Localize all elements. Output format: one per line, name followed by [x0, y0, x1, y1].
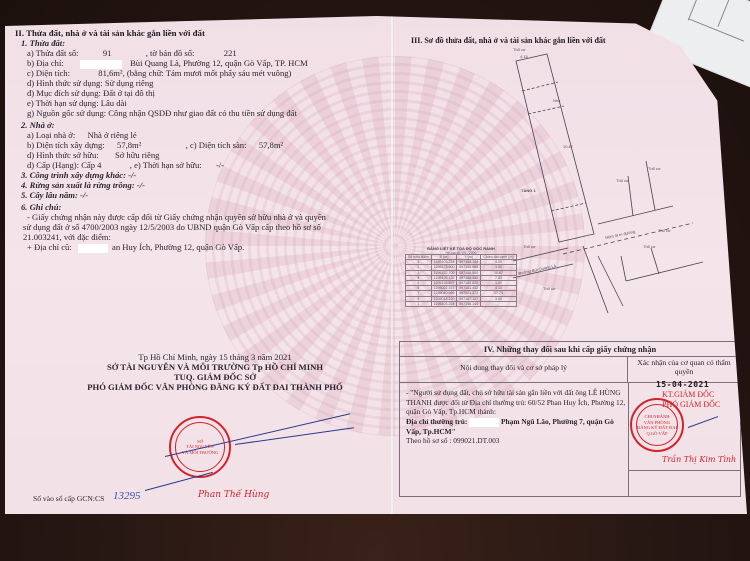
grade-row: d) Cấp (Hạng): Cấp 4 , e) Thời hạn sở hữ… — [27, 160, 224, 170]
parcel-row: a) Thửa đất số: 91 , tờ bản đồ số: 221 — [27, 48, 237, 58]
old-address-value: an Huy Ích, Phường 12, quận Gò Vấp. — [112, 242, 244, 252]
table-cell: 597167.137 — [457, 296, 481, 301]
table-cell: 597158.144 — [457, 301, 481, 306]
table-cell: 1195125.132 — [431, 275, 457, 280]
table-cell: 597186.450 — [457, 275, 481, 280]
floor-area-value: 57,8m² — [259, 140, 283, 150]
map-neighbor-label: Thổ cư — [543, 286, 556, 291]
ownership-row: d) Hình thức sở hữu: Sở hữu riêng — [27, 150, 159, 160]
section-iv-title: IV. Những thay đổi sau khi cấp giấy chứn… — [400, 342, 740, 357]
address-value: Bùi Quang Là, Phường 12, quận Gò Vấp, TP… — [130, 58, 308, 68]
origin-value: Công nhận QSDĐ như giao đất có thu tiền … — [108, 108, 297, 118]
own-term-value: -/- — [216, 160, 224, 170]
changes-column-header: Nội dung thay đổi và cơ sở pháp lý — [400, 357, 628, 383]
confirm-title-1: KT.GIÁM ĐỐC — [662, 390, 714, 399]
redacted-block — [469, 418, 499, 427]
land-heading: 1. Thửa đất: — [21, 38, 65, 48]
issue-date-line: Tp Hồ Chí Minh, ngày 15 tháng 3 năm 2021 — [65, 352, 365, 362]
notes-line-2: sử dụng đất ở số 4700/2003 ngày 12/5/200… — [23, 222, 321, 232]
map-sheet-number: 221 — [224, 48, 237, 58]
register-number: 13295 — [113, 490, 141, 502]
right-page: III. Sơ đồ thửa đất, nhà ở và tài sản kh… — [393, 16, 747, 514]
use-form-row: d) Hình thức sử dụng: Sử dụng riêng — [27, 78, 153, 88]
file-number: Theo hồ sơ số : 099021.DT.003 — [406, 436, 499, 445]
table-row: 11195103.254597158.144 — [406, 301, 517, 306]
table-cell: 597156.060 — [457, 265, 481, 270]
ownership-label: d) Hình thức sở hữu: — [27, 150, 99, 160]
coordinate-table: Số hiệu điểm X (m) Y (m) Chiều dài cạnh … — [405, 254, 517, 307]
confirmation-date: 15-04-2021 — [656, 380, 709, 389]
notes-line-1: - Giấy chứng nhận này được cấp đổi từ Gi… — [27, 212, 326, 222]
issuing-agency: SỞ TÀI NGUYÊN VÀ MÔI TRƯỜNG Tp HỒ CHÍ MI… — [65, 362, 365, 372]
use-form-value: Sử dụng riêng — [105, 78, 154, 88]
map-neighbor-label: Thổ cư — [523, 244, 536, 249]
term-row: e) Thời hạn sử dụng: Lâu dài — [27, 98, 127, 108]
table-cell: 597185.820 — [457, 280, 481, 285]
address-row: b) Địa chỉ: Bùi Quang Là, Phường 12, quậ… — [27, 58, 308, 69]
row-divider — [628, 470, 740, 471]
address-label: b) Địa chỉ: — [27, 58, 64, 68]
term-label: e) Thời hạn sử dụng: — [27, 98, 99, 108]
build-area-label: b) Diện tích xây dựng: — [27, 140, 105, 150]
floor-area-label: , c) Diện tích sàn: — [186, 140, 247, 150]
ownership-value: Sở hữu riêng — [115, 150, 160, 160]
table-cell: 1195022.157 — [431, 286, 457, 291]
column-header: Chiều dài cạnh (m) — [481, 255, 517, 260]
table-cell — [481, 301, 517, 306]
signature-stroke — [145, 472, 213, 491]
table-cell: 1195152.700 — [431, 270, 457, 275]
grade-value: Cấp 4 — [81, 160, 101, 170]
table-cell: 1195018.220 — [431, 296, 457, 301]
stamp-line: VĂN PHÒNG — [644, 420, 670, 426]
certificate-document: II. Thửa đất, nhà ở và tài sản khác gắn … — [5, 16, 747, 514]
other-works: 3. Công trình xây dựng khác: -/- — [21, 170, 136, 180]
changes-section: IV. Những thay đổi sau khi cấp giấy chứn… — [399, 341, 741, 497]
map-neighbor-label: Thổ cư — [616, 178, 629, 183]
table-cell: 1195040.966 — [431, 291, 457, 296]
map-neighbor-label: Thổ cư — [658, 228, 671, 233]
stamp-line: Q.GÒ VẤP — [647, 431, 668, 437]
redacted-block — [78, 244, 108, 253]
table-cell: 1 — [406, 301, 432, 306]
use-form-label: d) Hình thức sử dụng: — [27, 78, 103, 88]
confirm-signer-name: Trần Thị Kim Tình — [662, 455, 736, 464]
build-area-row: b) Diện tích xây dựng: 57,8m² , c) Diện … — [27, 140, 283, 150]
notes-heading: 6. Ghi chú: — [21, 202, 61, 212]
map-neighbor-label: Thổ cư — [643, 244, 656, 249]
stamp-line: CHI NHÁNH — [644, 414, 669, 420]
origin-label: g) Nguồn gốc sử dụng: — [27, 108, 106, 118]
old-address-label: + Địa chỉ cũ: — [27, 242, 72, 252]
notes-line-3: 21.003241, với đặc điểm: — [23, 232, 111, 242]
on-behalf-of: TUQ. GIÁM ĐỐC SỞ — [65, 372, 365, 382]
edge-length: 4.15 — [520, 54, 528, 59]
new-address-label: Địa chỉ thường trú: — [406, 417, 467, 426]
map-sheet-label: , tờ bản đồ số: — [146, 48, 195, 58]
own-term-label: , e) Thời hạn sở hữu: — [130, 160, 202, 170]
table-cell: 597183.452 — [457, 286, 481, 291]
table-cell: 1195103.254 — [431, 301, 457, 306]
purpose-value: Đất ở tại đô thị — [103, 88, 155, 98]
perennial-trees: 5. Cây lâu năm: -/- — [21, 190, 88, 200]
old-address-row: + Địa chỉ cũ: an Huy Ích, Phường 12, quậ… — [27, 242, 244, 253]
parcel-number: 91 — [103, 48, 112, 58]
signature-stroke — [688, 416, 718, 428]
build-area-value: 57,8m² — [117, 140, 141, 150]
change-entry-text: - "Người sử dụng đất, chủ sở hữu tài sản… — [406, 388, 625, 416]
section-ii-title: II. Thửa đất, nhà ở và tài sản khác gắn … — [15, 28, 205, 38]
origin-row: g) Nguồn gốc sử dụng: Công nhận QSDĐ như… — [27, 108, 297, 118]
table-cell: 597158.500 — [457, 270, 481, 275]
map-neighbor-label: Thổ cư — [648, 166, 661, 171]
left-page: II. Thửa đất, nhà ở và tài sản khác gắn … — [5, 16, 393, 514]
signer-name: Phan Thế Hùng — [198, 490, 269, 500]
change-entry: - "Người sử dụng đất, chủ sở hữu tài sản… — [406, 388, 626, 446]
parcel-label: a) Thửa đất số: — [27, 48, 79, 58]
table-cell: 1195103.254 — [431, 260, 457, 265]
forest: 4. Rừng sản xuất là rừng trồng: -/- — [21, 180, 145, 190]
map-house-label: Nhà — [553, 98, 560, 103]
signer-position: PHÓ GIÁM ĐỐC VĂN PHÒNG ĐĂNG KÝ ĐẤT ĐAI T… — [65, 382, 365, 392]
table-cell: 597021.273 — [457, 291, 481, 296]
stamp-line: ĐĂNG KÝ ĐẤT ĐAI — [637, 425, 677, 431]
map-neighbor-label: Thổ cư — [513, 47, 526, 52]
purpose-row: đ) Mục đích sử dụng: Đất ở tại đô thị — [27, 88, 155, 98]
column-header: Số hiệu điểm — [406, 255, 432, 260]
term-value: Lâu dài — [101, 98, 127, 108]
map-floor-label: TẦNG 1 — [521, 188, 536, 193]
table-cell: 1195126.597 — [431, 280, 457, 285]
table-cell: 1195173.800 — [431, 265, 457, 270]
register-label: Số vào sổ cấp GCN:CS — [33, 494, 104, 504]
house-type-row: a) Loại nhà ở: Nhà ở riêng lẻ — [27, 130, 137, 140]
house-type-value: Nhà ở riêng lẻ — [88, 130, 137, 140]
branch-seal-stamp: CHI NHÁNH VĂN PHÒNG ĐĂNG KÝ ĐẤT ĐAI Q.GÒ… — [630, 398, 684, 452]
house-type-label: a) Loại nhà ở: — [27, 130, 75, 140]
area-label: c) Diện tích: — [27, 68, 70, 78]
area-value: 81,6m², (bằng chữ: Tám mươi mốt phẩy sáu… — [98, 68, 291, 78]
house-heading: 2. Nhà ở: — [21, 120, 55, 130]
table-cell: 597158.144 — [457, 260, 481, 265]
column-divider — [628, 383, 629, 496]
purpose-label: đ) Mục đích sử dụng: — [27, 88, 101, 98]
edge-length: 10.67 — [563, 144, 573, 149]
grade-label: d) Cấp (Hạng): — [27, 160, 79, 170]
stamp-line: SỞ — [197, 439, 203, 445]
area-row: c) Diện tích: 81,6m², (bằng chữ: Tám mươ… — [27, 68, 291, 78]
